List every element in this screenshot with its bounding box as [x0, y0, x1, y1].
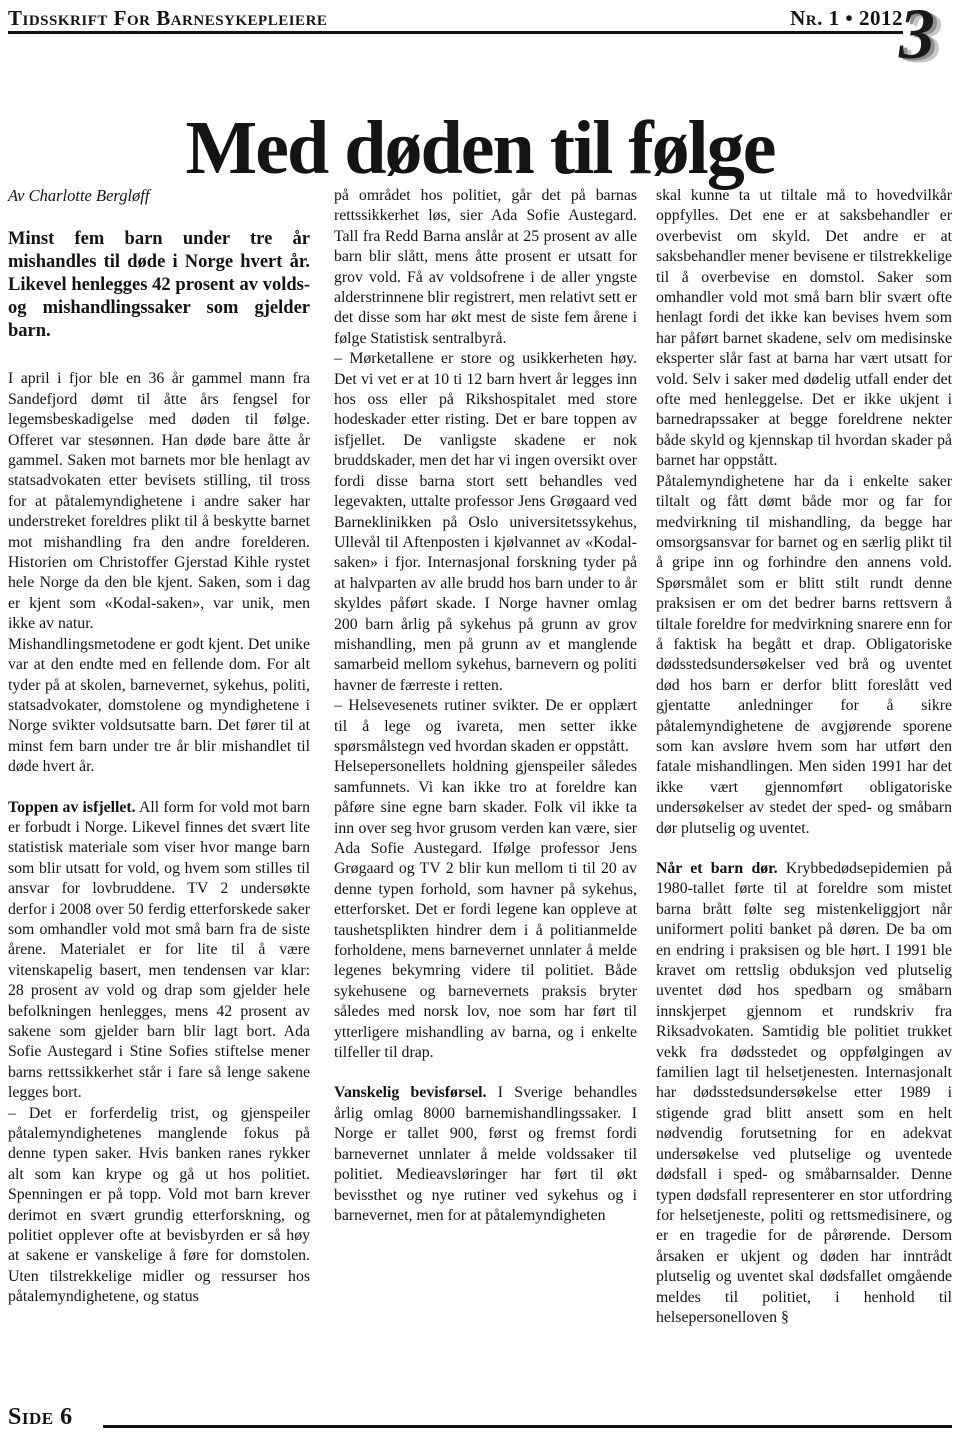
- paragraph: Toppen av isfjellet. All form for vold m…: [8, 798, 310, 1104]
- run-in-heading: Når et barn dør.: [656, 860, 778, 877]
- paragraph: Når et barn dør. Krybbedødsepidemien på …: [656, 859, 952, 1328]
- paragraph: skal kunne ta ut tiltale må to hovedvilk…: [656, 186, 952, 472]
- paragraph: – Helsevesenets rutiner svikter. De er o…: [334, 696, 637, 757]
- issue-label: Nr. 1 • 2012: [790, 6, 903, 31]
- calligraphic-flourish-icon: 3 3 3: [893, 0, 957, 78]
- byline: Av Charlotte Bergløff: [8, 186, 310, 206]
- paragraph: I april i fjor ble en 36 år gammel mann …: [8, 369, 310, 634]
- paragraph: på området hos politiet, går det på barn…: [334, 186, 637, 349]
- flourish-glyph: 3: [898, 0, 935, 74]
- lede-paragraph: Minst fem barn under tre år mishandles t…: [8, 228, 310, 343]
- paragraph: – Det er forferdelig trist, og gjenspeil…: [8, 1104, 310, 1308]
- paragraph: Påtalemyndighetene har da i enkelte sake…: [656, 472, 952, 839]
- column-3: skal kunne ta ut tiltale må to hovedvilk…: [656, 186, 952, 1328]
- column-1: Av Charlotte Bergløff Minst fem barn und…: [8, 186, 310, 1308]
- run-in-heading: Vanskelig bevisførsel.: [334, 1084, 486, 1101]
- run-in-heading: Toppen av isfjellet.: [8, 799, 136, 816]
- paragraph: Mishandlingsmetodene er godt kjent. Det …: [8, 635, 310, 778]
- header-rule: [8, 31, 903, 34]
- paragraph: – Mørketallene er store og usikkerheten …: [334, 349, 637, 696]
- footer-rule: [103, 1425, 952, 1428]
- paragraph: Helsepersonellets holdning gjenspeiler s…: [334, 757, 637, 1063]
- journal-title: Tidsskrift For Barnesykepleiere: [8, 6, 327, 31]
- article-title: Med døden til følge: [0, 109, 960, 189]
- paragraph: Vanskelig bevisførsel. I Sverige behandl…: [334, 1083, 637, 1226]
- column-2: på området hos politiet, går det på barn…: [334, 186, 637, 1226]
- masthead: Tidsskrift For Barnesykepleiere Nr. 1 • …: [8, 6, 903, 31]
- page-number: Side 6: [8, 1404, 73, 1431]
